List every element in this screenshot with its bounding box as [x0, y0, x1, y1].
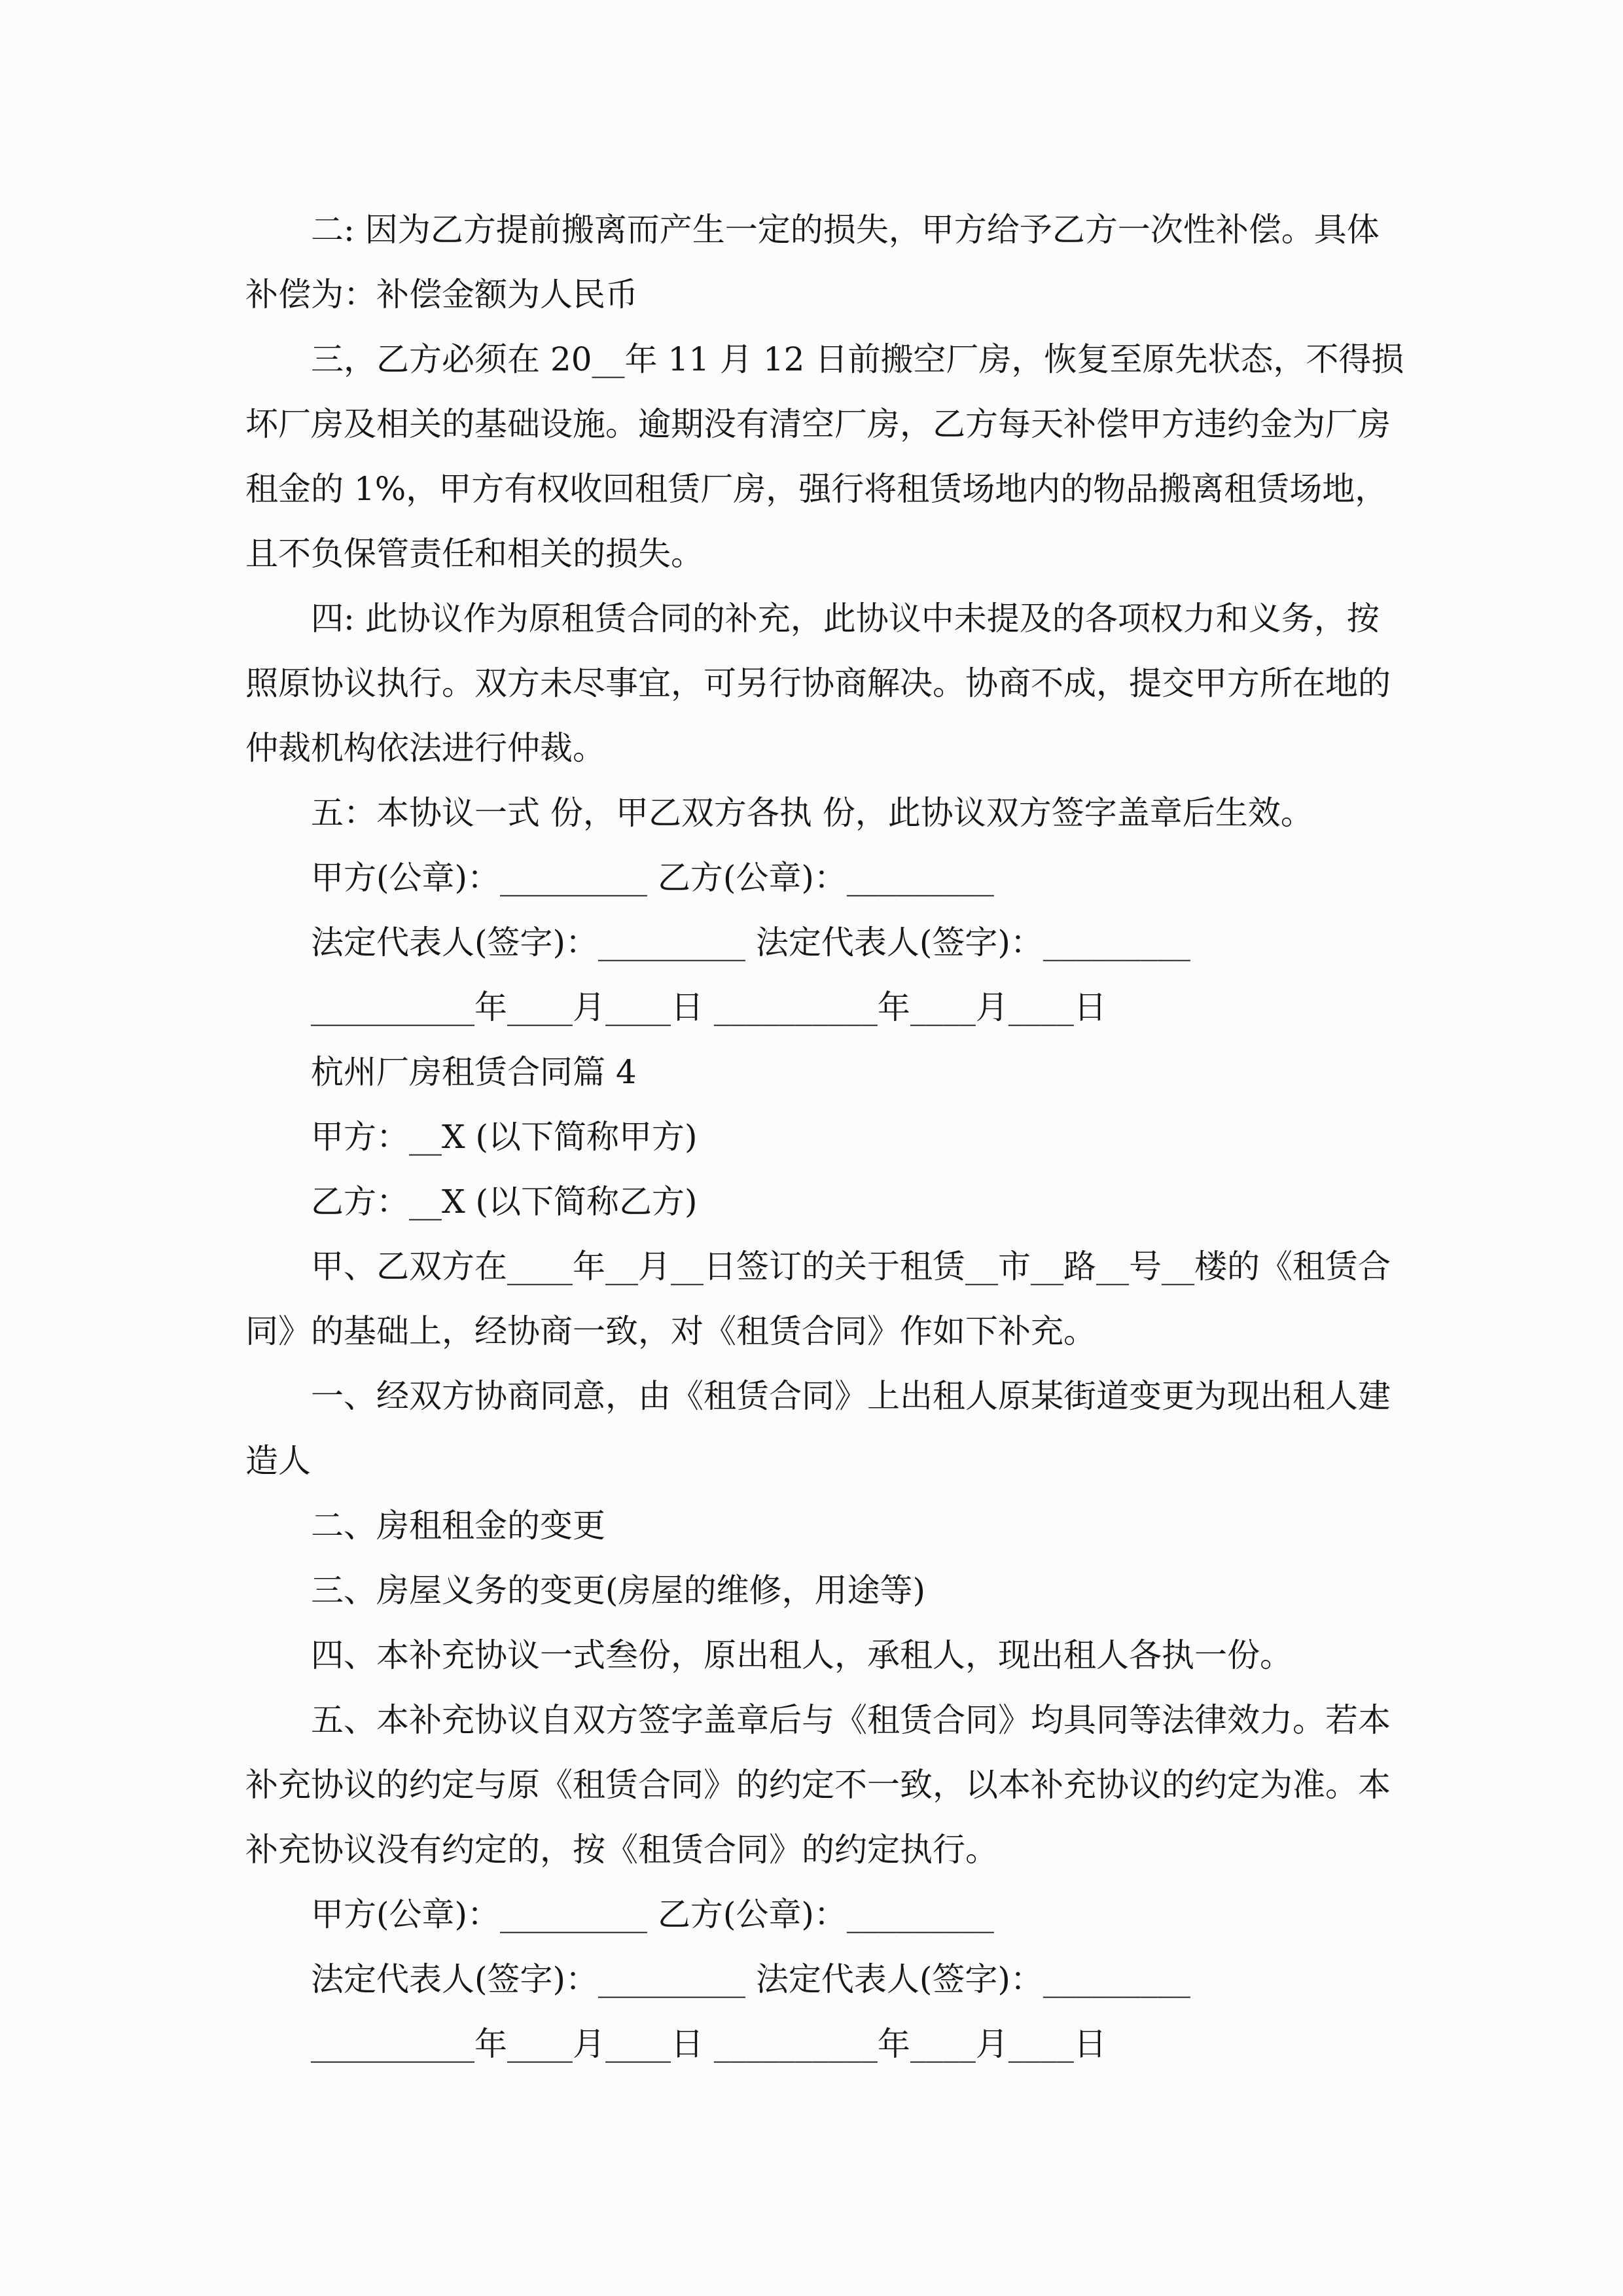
- document-line: 三、房屋义务的变更(房屋的维修，用途等): [245, 1558, 1397, 1623]
- document-line: 补充协议没有约定的，按《租赁合同》的约定执行。: [245, 1818, 1397, 1882]
- document-body: 二: 因为乙方提前搬离而产生一定的损失，甲方给予乙方一次性补偿。具体补偿为：补偿…: [245, 198, 1397, 2077]
- document-line: 五：本协议一式 份，甲乙双方各执 份，此协议双方签字盖章后生效。: [245, 781, 1397, 846]
- document-line: 租金的 1%，甲方有权收回租赁厂房，强行将租赁场地内的物品搬离租赁场地，: [245, 457, 1397, 522]
- document-line: 甲、乙双方在____年__月__日签订的关于租赁__市__路__号__楼的《租赁…: [245, 1234, 1397, 1299]
- document-line: 一、经双方协商同意，由《租赁合同》上出租人原某街道变更为现出租人建: [245, 1364, 1397, 1429]
- document-line: 杭州厂房租赁合同篇 4: [245, 1040, 1397, 1105]
- document-line: 乙方：__X (以下简称乙方): [245, 1170, 1397, 1234]
- document-line: 法定代表人(签字)：_________ 法定代表人(签字)：_________: [245, 1947, 1397, 2012]
- document-line: __________年____月____日 __________年____月__…: [245, 2012, 1397, 2077]
- document-line: 照原协议执行。双方未尽事宜，可另行协商解决。协商不成，提交甲方所在地的: [245, 651, 1397, 716]
- document-line: 坏厂房及相关的基础设施。逾期没有清空厂房，乙方每天补偿甲方违约金为厂房: [245, 392, 1397, 457]
- document-line: 五、本补充协议自双方签字盖章后与《租赁合同》均具同等法律效力。若本: [245, 1688, 1397, 1753]
- contract-page: 二: 因为乙方提前搬离而产生一定的损失，甲方给予乙方一次性补偿。具体补偿为：补偿…: [0, 0, 1623, 2296]
- document-line: 甲方(公章)：_________ 乙方(公章)：_________: [245, 1882, 1397, 1947]
- document-line: 甲方：__X (以下简称甲方): [245, 1105, 1397, 1170]
- document-line: 二: 因为乙方提前搬离而产生一定的损失，甲方给予乙方一次性补偿。具体: [245, 198, 1397, 262]
- document-line: 法定代表人(签字)：_________ 法定代表人(签字)：_________: [245, 910, 1397, 975]
- document-line: __________年____月____日 __________年____月__…: [245, 975, 1397, 1040]
- document-line: 三，乙方必须在 20__年 11 月 12 日前搬空厂房，恢复至原先状态，不得损: [245, 327, 1397, 392]
- document-line: 四、本补充协议一式叁份，原出租人，承租人，现出租人各执一份。: [245, 1623, 1397, 1688]
- document-line: 甲方(公章)：_________ 乙方(公章)：_________: [245, 846, 1397, 910]
- document-line: 二、房租租金的变更: [245, 1494, 1397, 1558]
- document-line: 同》的基础上，经协商一致，对《租赁合同》作如下补充。: [245, 1299, 1397, 1364]
- document-line: 且不负保管责任和相关的损失。: [245, 522, 1397, 586]
- document-line: 四: 此协议作为原租赁合同的补充，此协议中未提及的各项权力和义务，按: [245, 586, 1397, 651]
- document-line: 仲裁机构依法进行仲裁。: [245, 716, 1397, 781]
- document-line: 补偿为：补偿金额为人民币: [245, 262, 1397, 327]
- document-line: 补充协议的约定与原《租赁合同》的约定不一致，以本补充协议的约定为准。本: [245, 1753, 1397, 1818]
- document-line: 造人: [245, 1429, 1397, 1494]
